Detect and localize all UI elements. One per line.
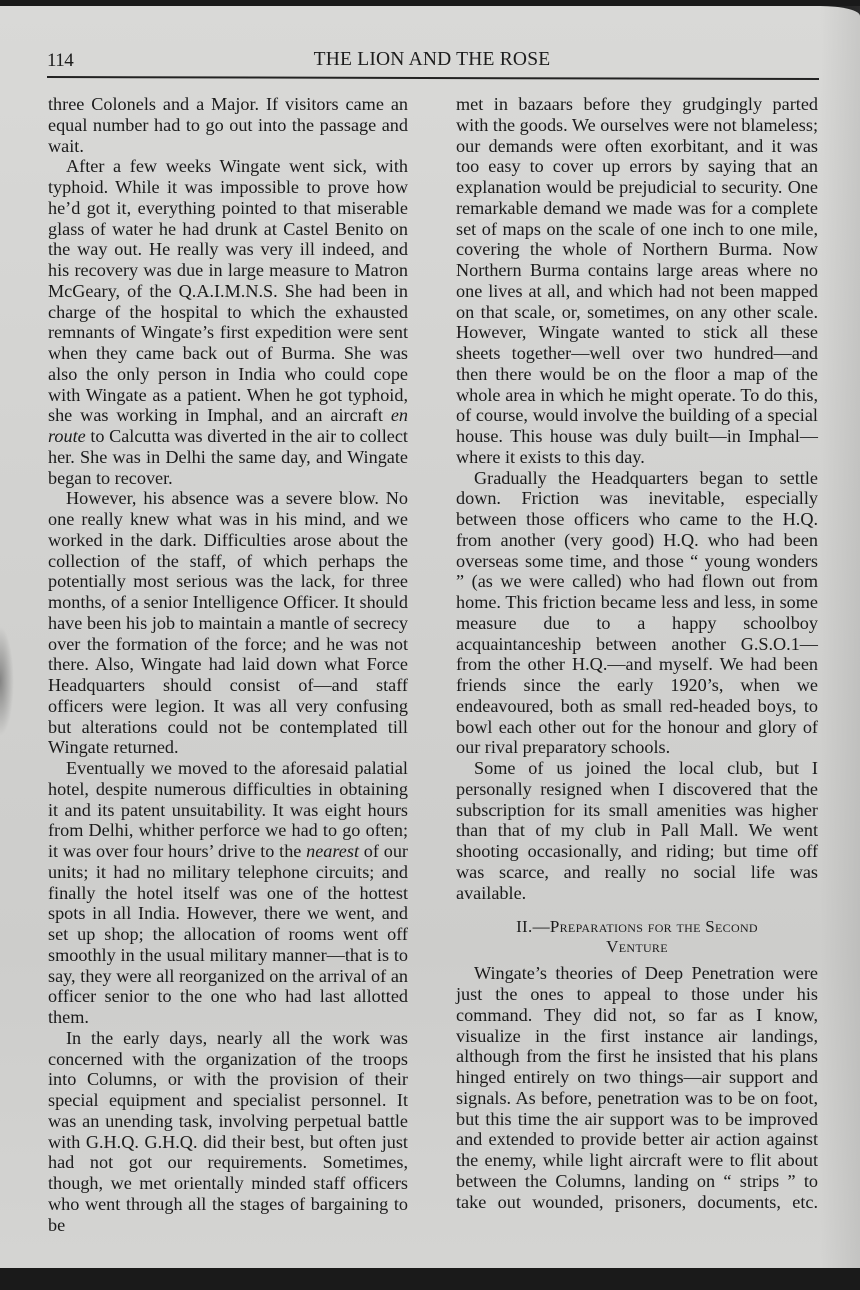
section-number: II.— [516,917,550,936]
section-title-line2: Venture [606,937,668,956]
running-head: 114 THE LION AND THE ROSE [47,46,817,76]
book-page: 114 THE LION AND THE ROSE three Colonels… [0,6,860,1268]
paragraph: met in bazaars before they grudgingly pa… [456,94,818,468]
text-run: After a few weeks Wingate went sick, wit… [48,156,408,425]
book-title: THE LION AND THE ROSE [47,49,817,71]
paragraph: three Colonels and a Major. If visitors … [48,94,408,156]
section-heading: II.—Preparations for the Second Venture [456,917,818,957]
paragraph: Gradually the Headquarters began to sett… [456,468,818,759]
italic-text: nearest [306,841,359,861]
header-rule [47,76,819,80]
paragraph: After a few weeks Wingate went sick, wit… [48,156,408,488]
section-title-line1: Preparations for the Second [550,917,758,936]
paragraph: In the early days, nearly all the work w… [48,1028,408,1236]
paragraph: Wingate’s theories of Deep Penetration w… [456,963,818,1212]
right-column: met in bazaars before they grudgingly pa… [456,94,818,1212]
paragraph: Eventually we moved to the aforesaid pal… [48,758,408,1028]
text-run: of our units; it had no military telepho… [48,841,408,1027]
left-column: three Colonels and a Major. If visitors … [48,94,408,1235]
paragraph: However, his absence was a severe blow. … [48,488,408,758]
text-run: to Calcutta was diverted in the air to c… [48,426,408,488]
paragraph: Some of us joined the local club, but I … [456,758,818,903]
